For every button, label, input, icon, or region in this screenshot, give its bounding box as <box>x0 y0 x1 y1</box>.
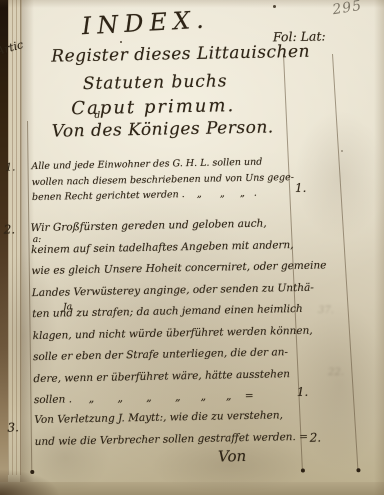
index-entry: Von Verletzung J. Maytt:, wie die zu ver… <box>34 405 315 453</box>
article-number: 3. <box>7 420 19 434</box>
page-title: INDEX. <box>81 5 210 40</box>
pencil-page-number: 295 <box>331 0 363 18</box>
chapter-title: Von des Königes Person. <box>52 117 274 141</box>
folio-reference: 2. <box>310 431 322 445</box>
index-entry: Alle und jede Einwohner des G. H. L. sol… <box>31 154 294 206</box>
page-content: 295 Artic Fol: Lat: INDEX. Register dies… <box>0 0 384 495</box>
folio-reference: 1. <box>297 385 309 399</box>
margin-column-header: Artic <box>0 38 25 58</box>
manuscript-photo: 37. 22. 295 Artic Fol: Lat: INDEX. Regis… <box>0 0 384 495</box>
article-number: 2. <box>3 222 15 236</box>
article-number: 1. <box>5 161 15 173</box>
folio-reference: 1. <box>295 181 307 195</box>
register-subtitle-line1: Register dieses Littauischen <box>51 42 310 67</box>
catchword: Von <box>218 447 246 466</box>
register-subtitle-line2: Statuten buchs <box>83 71 228 94</box>
interlinear-insertion: d: <box>94 111 103 121</box>
index-entry: Wir Großfürsten gereden und geloben auch… <box>30 213 302 412</box>
